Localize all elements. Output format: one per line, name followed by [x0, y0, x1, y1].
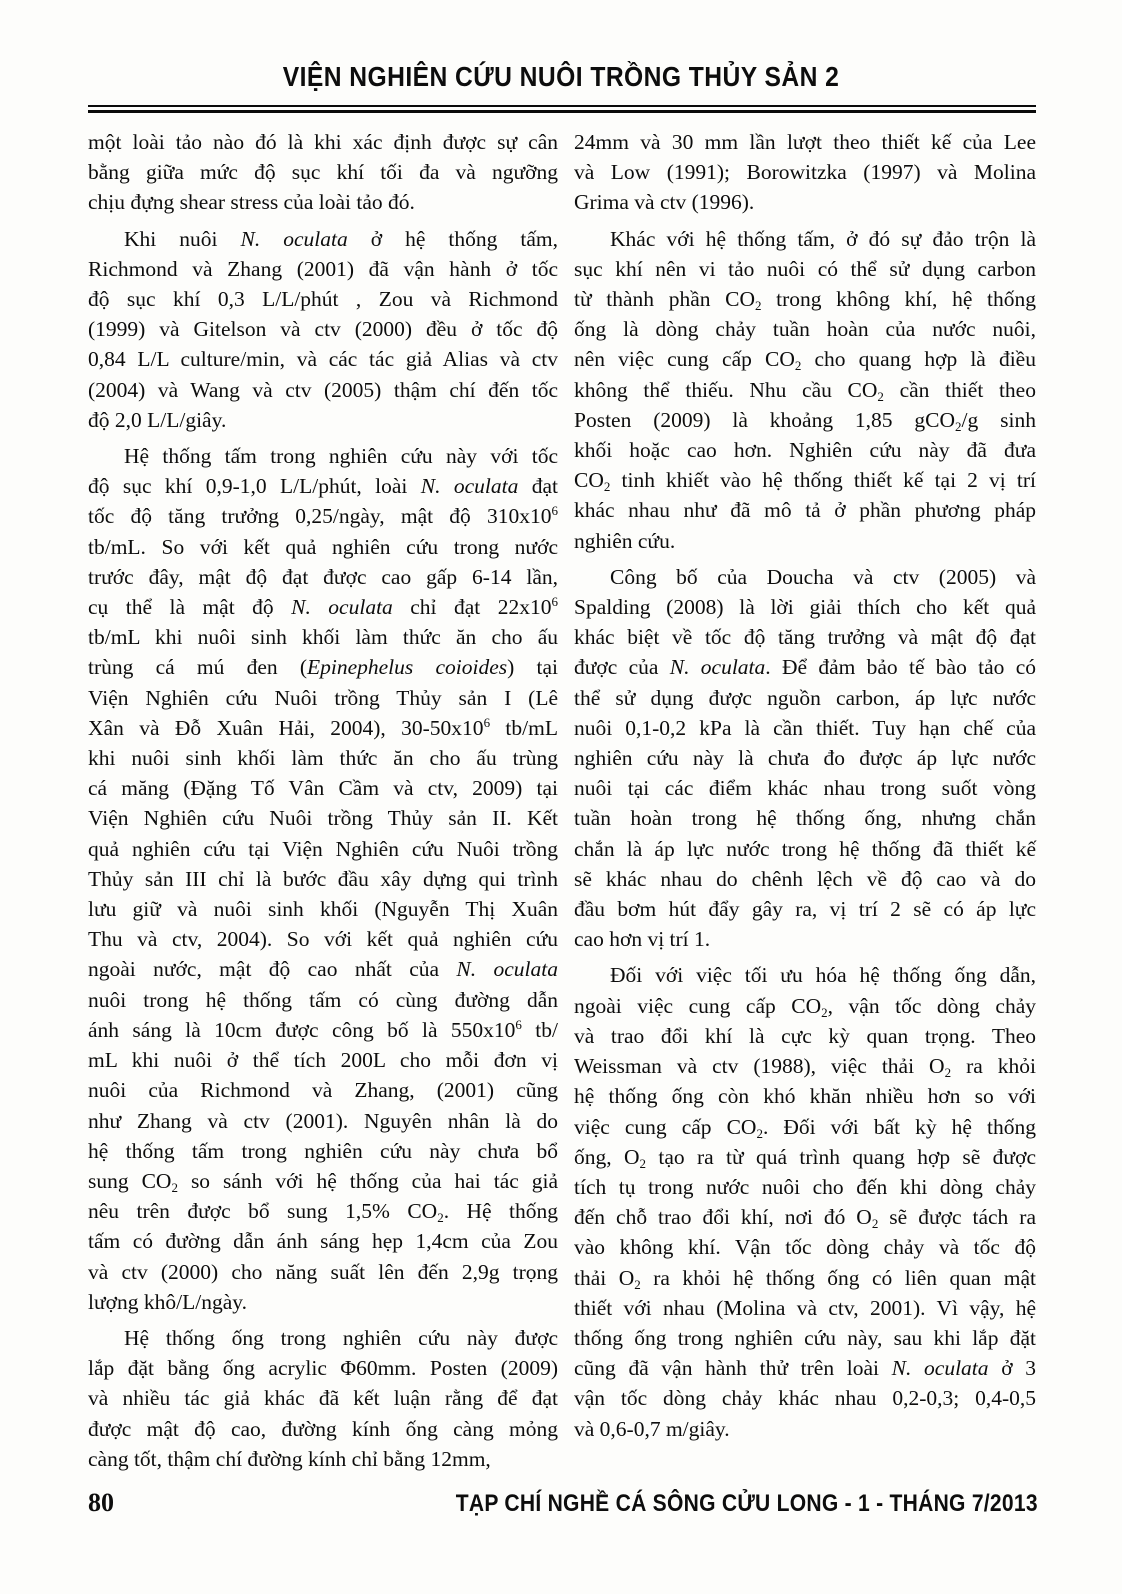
text-segment: tb/mL khi nuôi sinh khối làm thức ăn cho… [88, 625, 558, 649]
text-line: Đối với việc tối ưu hóa hệ thống ống dẫn… [574, 960, 1036, 990]
text-segment: độ 2,0 L/L/giây. [88, 408, 226, 432]
text-line: ánh sáng là 10cm được công bố là 550x106… [88, 1015, 558, 1045]
text-segment: nuôi của Richmond và Zhang, (2001) cũng [88, 1078, 558, 1102]
paragraph: Khi nuôi N. oculata ở hệ thống tấm,Richm… [88, 224, 558, 435]
text-segment: khác biệt về tốc độ tăng trưởng và mật đ… [574, 625, 1036, 649]
paragraph: Công bố của Doucha và ctv (2005) vàSpald… [574, 562, 1036, 955]
text-segment: cao hơn vị trí 1. [574, 927, 710, 951]
text-segment: tích tụ trong nước nuôi cho đến khi dòng… [574, 1175, 1036, 1199]
superscript: 6 [551, 594, 558, 609]
text-segment: Xân và Đỗ Xuân Hải, 2004), 30-50x10 [88, 716, 484, 740]
text-segment: Viện Nghiên cứu Nuôi trồng Thủy sản I (L… [88, 686, 558, 710]
text-segment: Hệ thống ống trong nghiên cứu này được [124, 1326, 558, 1350]
text-line: và Low (1991); Borowitzka (1997) và Moli… [574, 157, 1036, 187]
species-name-italic: Epinephelus coioides [307, 655, 507, 679]
text-segment: ) tại [507, 655, 558, 679]
text-segment: và Low (1991); Borowitzka (1997) và Moli… [574, 160, 1036, 184]
text-line: Khi nuôi N. oculata ở hệ thống tấm, [88, 224, 558, 254]
paragraph: 24mm và 30 mm lần lượt theo thiết kế của… [574, 127, 1036, 218]
text-line: nghiên cứu này là chưa đo được áp lực nư… [574, 743, 1036, 773]
text-segment: tb/mL [490, 716, 558, 740]
text-line: lưu giữ và nuôi sinh khối (Nguyễn Thị Xu… [88, 894, 558, 924]
text-segment: trước đây, mật độ đạt được cao gấp 6-14 … [88, 565, 558, 589]
text-segment: sẽ được tách ra [878, 1205, 1036, 1229]
text-line: nghiên cứu. [574, 526, 1036, 556]
text-segment: CO [574, 468, 604, 492]
text-line: tấm có đường dẫn ánh sáng hẹp 1,4cm của … [88, 1226, 558, 1256]
text-segment: 24mm và 30 mm lần lượt theo thiết kế của… [574, 130, 1036, 154]
paragraph: Hệ thống tấm trong nghiên cứu này với tố… [88, 441, 558, 1317]
text-line: độ 2,0 L/L/giây. [88, 405, 558, 435]
text-line: lắp đặt bằng ống acrylic Φ60mm. Posten (… [88, 1353, 558, 1383]
text-line: thiết với nhau (Molina và ctv, 2001). Vì… [574, 1293, 1036, 1323]
text-segment: đến chỗ trao đổi khí, nơi đó O [574, 1205, 872, 1229]
text-line: Xân và Đỗ Xuân Hải, 2004), 30-50x106 tb/… [88, 713, 558, 743]
text-segment: Spalding (2008) là lời giải thích cho kế… [574, 595, 1036, 619]
text-line: Grima và ctv (1996). [574, 187, 1036, 217]
text-segment: ở 3 [989, 1356, 1036, 1380]
text-segment: một loài tảo nào đó là khi xác định được… [88, 130, 558, 154]
text-line: khác nhau như đã mô tả ở phần phương phá… [574, 495, 1036, 525]
text-segment: mL khi nuôi ở thể tích 200L cho mỗi đơn … [88, 1048, 558, 1072]
text-segment: chỉ đạt 22x10 [393, 595, 552, 619]
text-segment: nên việc cung cấp CO [574, 347, 795, 371]
text-segment: hệ thống ống còn khó khăn nhiều hơn so v… [574, 1084, 1036, 1108]
text-line: tb/mL khi nuôi sinh khối làm thức ăn cho… [88, 622, 558, 652]
text-line: độ sục khí 0,9-1,0 L/L/phút, loài N. ocu… [88, 471, 558, 501]
column-right: 24mm và 30 mm lần lượt theo thiết kế của… [574, 127, 1036, 1474]
text-line: ống là dòng chảy tuần hoàn của nước nuôi… [574, 314, 1036, 344]
text-segment: trong không khí, hệ thống [762, 287, 1037, 311]
text-line: cao hơn vị trí 1. [574, 924, 1036, 954]
text-segment: và 0,6-0,7 m/giây. [574, 1417, 730, 1441]
text-line: Thu và ctv, 2004). So với kết quả nghiên… [88, 924, 558, 954]
species-name-italic: N. oculata [456, 957, 558, 981]
text-line: hệ thống tấm trong nghiên cứu này chưa b… [88, 1136, 558, 1166]
text-line: quả nghiên cứu tại Viện Nghiên cứu Nuôi … [88, 834, 558, 864]
text-segment: Công bố của Doucha và ctv (2005) và [610, 565, 1036, 589]
text-segment: nghiên cứu này là chưa đo được áp lực nư… [574, 746, 1036, 770]
text-line: khi nuôi sinh khối làm thức ăn cho ấu tr… [88, 743, 558, 773]
text-line: tích tụ trong nước nuôi cho đến khi dòng… [574, 1172, 1036, 1202]
text-segment: tuần hoàn trong hệ thống ống, nhưng chắn [574, 806, 1036, 830]
text-segment: hệ thống tấm trong nghiên cứu này chưa b… [88, 1139, 558, 1163]
text-line: nuôi trong hệ thống tấm có cùng đường dẫ… [88, 985, 558, 1015]
page-number: 80 [88, 1488, 114, 1518]
text-line: (2004) và Wang và ctv (2005) thậm chí đế… [88, 375, 558, 405]
text-line: trùng cá mú đen (Epinephelus coioides) t… [88, 652, 558, 682]
text-segment: lắp đặt bằng ống acrylic Φ60mm. Posten (… [88, 1356, 558, 1380]
text-segment: trùng cá mú đen ( [88, 655, 307, 679]
journal-title: TẠP CHÍ NGHỀ CÁ SÔNG CỬU LONG - 1 - THÁN… [456, 1490, 1038, 1518]
text-segment: thải O [574, 1266, 634, 1290]
text-segment: cho quang hợp là điều [801, 347, 1036, 371]
paragraph: một loài tảo nào đó là khi xác định được… [88, 127, 558, 218]
text-line: càng tốt, thậm chí đường kính chỉ bằng 1… [88, 1444, 558, 1474]
text-line: 0,84 L/L culture/min, và các tác giả Ali… [88, 344, 558, 374]
text-line: Viện Nghiên cứu Nuôi trồng Thủy sản I (L… [88, 683, 558, 713]
page-footer: 80 TẠP CHÍ NGHỀ CÁ SÔNG CỬU LONG - 1 - T… [88, 1488, 1038, 1518]
text-line: cá măng (Đặng Tố Vân Cầm và ctv, 2009) t… [88, 773, 558, 803]
text-line: Viện Nghiên cứu Nuôi trồng Thủy sản II. … [88, 803, 558, 833]
text-segment: nuôi 0,1-0,2 kPa là cần thiết. Tuy hạn c… [574, 716, 1036, 740]
text-segment: việc cung cấp CO [574, 1115, 756, 1139]
text-line: CO2 tinh khiết vào hệ thống thiết kế tại… [574, 465, 1036, 495]
text-segment: lượng khô/L/ngày. [88, 1290, 247, 1314]
text-line: sẽ khác nhau do chênh lệch về độ cao và … [574, 864, 1036, 894]
text-line: một loài tảo nào đó là khi xác định được… [88, 127, 558, 157]
text-line: cũng đã vận hành thử trên loài N. oculat… [574, 1353, 1036, 1383]
header-rule [88, 105, 1036, 113]
text-segment: sung CO [88, 1169, 171, 1193]
text-segment: và trao đổi khí là cực kỳ quan trọng. Th… [574, 1024, 1036, 1048]
text-line: tốc độ tăng trưởng 0,25/ngày, mật độ 310… [88, 501, 558, 531]
text-segment: lưu giữ và nuôi sinh khối (Nguyễn Thị Xu… [88, 897, 558, 921]
text-segment: thể sử dụng được nguồn carbon, áp lực nư… [574, 686, 1036, 710]
text-segment: tinh khiết vào hệ thống thiết kế tại 2 v… [610, 468, 1036, 492]
text-line: nên việc cung cấp CO2 cho quang hợp là đ… [574, 344, 1036, 374]
text-segment: cần thiết theo [884, 378, 1036, 402]
text-segment: khi nuôi sinh khối làm thức ăn cho ấu tr… [88, 746, 558, 770]
text-line: trước đây, mật độ đạt được cao gấp 6-14 … [88, 562, 558, 592]
text-line: thải O2 ra khỏi hệ thống ống có liên qua… [574, 1263, 1036, 1293]
text-segment: Posten (2009) là khoảng 1,85 gCO [574, 408, 955, 432]
journal-page: VIỆN NGHIÊN CỨU NUÔI TRỒNG THỦY SẢN 2 mộ… [0, 0, 1122, 1594]
text-line: tb/mL. So với kết quả nghiên cứu trong n… [88, 532, 558, 562]
text-segment: sẽ khác nhau do chênh lệch về độ cao và … [574, 867, 1036, 891]
text-line: và ctv (2000) cho năng suất lên đến 2,9g… [88, 1257, 558, 1287]
text-segment: Weissman và ctv (1988), việc thải O [574, 1054, 945, 1078]
text-segment: ngoài việc cung cấp CO [574, 994, 821, 1018]
text-segment: nghiên cứu. [574, 529, 675, 553]
text-line: khác biệt về tốc độ tăng trưởng và mật đ… [574, 622, 1036, 652]
text-line: việc cung cấp CO2. Đối với bất kỳ hệ thố… [574, 1112, 1036, 1142]
text-segment: tạo ra từ quá trình quang hợp sẽ được [646, 1145, 1036, 1169]
text-segment: vào không khí. Vận tốc dòng chảy và tốc … [574, 1235, 1036, 1259]
text-segment: cụ thể là mật độ [88, 595, 291, 619]
text-line: vào không khí. Vận tốc dòng chảy và tốc … [574, 1232, 1036, 1262]
text-segment: Richmond và Zhang (2001) đã vận hành ở t… [88, 257, 558, 281]
text-segment: nuôi tại các điểm khác nhau trong suốt v… [574, 776, 1036, 800]
text-segment: Khi nuôi [124, 227, 241, 251]
text-line: được mật độ cao, đường kính ống càng mỏn… [88, 1414, 558, 1444]
text-line: tuần hoàn trong hệ thống ống, nhưng chắn [574, 803, 1036, 833]
text-line: sung CO2 so sánh với hệ thống của hai tá… [88, 1166, 558, 1196]
text-segment: ống, O [574, 1145, 640, 1169]
text-line: và trao đổi khí là cực kỳ quan trọng. Th… [574, 1021, 1036, 1051]
species-name-italic: N. oculata [291, 595, 393, 619]
species-name-italic: N. oculata [670, 655, 766, 679]
text-segment: . Đối với bất kỳ hệ thống [763, 1115, 1036, 1139]
text-segment: được của [574, 655, 670, 679]
paragraph: Đối với việc tối ưu hóa hệ thống ống dẫn… [574, 960, 1036, 1443]
text-segment: Hệ thống tấm trong nghiên cứu này với tố… [124, 444, 558, 468]
text-segment: được mật độ cao, đường kính ống càng mỏn… [88, 1417, 558, 1441]
text-segment: Grima và ctv (1996). [574, 190, 754, 214]
text-segment: bằng giữa mức độ sục khí tối đa và ngưỡn… [88, 160, 558, 184]
text-line: hệ thống ống còn khó khăn nhiều hơn so v… [574, 1081, 1036, 1111]
text-line: Weissman và ctv (1988), việc thải O2 ra … [574, 1051, 1036, 1081]
text-segment: chịu đựng shear stress của loài tảo đó. [88, 190, 415, 214]
text-segment: đầu bơm hút đẩy gây ra, vị trí 2 sẽ có á… [574, 897, 1036, 921]
text-segment: vận tốc dòng chảy khác nhau 0,2-0,3; 0,4… [574, 1386, 1036, 1410]
text-segment: /g sinh [962, 408, 1036, 432]
text-segment: , vận tốc dòng chảy [828, 994, 1036, 1018]
text-segment: khối hoặc cao hơn. Nghiên cứu này đã đưa [574, 438, 1036, 462]
text-segment: từ thành phần CO [574, 287, 755, 311]
text-segment: và nhiều tác giả khác đã kết luận rằng đ… [88, 1386, 558, 1410]
text-line: thể sử dụng được nguồn carbon, áp lực nư… [574, 683, 1036, 713]
text-segment: ống là dòng chảy tuần hoàn của nước nuôi… [574, 317, 1036, 341]
text-segment: ở hệ thống tấm, [348, 227, 558, 251]
text-segment: cũng đã vận hành thử trên loài [574, 1356, 892, 1380]
text-segment: chắn là áp lực nước trong hệ thống đã th… [574, 837, 1036, 861]
text-segment: và ctv (2000) cho năng suất lên đến 2,9g… [88, 1260, 558, 1284]
text-line: thống ống trong nghiên cứu này, sau khi … [574, 1323, 1036, 1353]
text-line: như Zhang và ctv (2001). Nguyên nhân là … [88, 1106, 558, 1136]
text-line: Khác với hệ thống tấm, ở đó sự đảo trộn … [574, 224, 1036, 254]
text-segment: độ sục khí 0,9-1,0 L/L/phút, loài [88, 474, 421, 498]
text-segment: như Zhang và ctv (2001). Nguyên nhân là … [88, 1109, 558, 1133]
text-segment: . Hệ thống [444, 1199, 558, 1223]
text-line: ngoài việc cung cấp CO2, vận tốc dòng ch… [574, 991, 1036, 1021]
text-line: lượng khô/L/ngày. [88, 1287, 558, 1317]
text-segment: khác nhau như đã mô tả ở phần phương phá… [574, 498, 1036, 522]
text-line: Spalding (2008) là lời giải thích cho kế… [574, 592, 1036, 622]
text-segment: Thủy sản III chỉ là bước đầu xây dựng qu… [88, 867, 558, 891]
text-line: chịu đựng shear stress của loài tảo đó. [88, 187, 558, 217]
text-line: đến chỗ trao đổi khí, nơi đó O2 sẽ được … [574, 1202, 1036, 1232]
text-segment: thiết với nhau (Molina và ctv, 2001). Vì… [574, 1296, 1036, 1320]
text-line: Công bố của Doucha và ctv (2005) và [574, 562, 1036, 592]
text-segment: đạt [518, 474, 558, 498]
text-line: nêu trên được bổ sung 1,5% CO2. Hệ thống [88, 1196, 558, 1226]
text-segment: 0,84 L/L culture/min, và các tác giả Ali… [88, 347, 558, 371]
text-line: sục khí nên vi tảo nuôi có thể sử dụng c… [574, 254, 1036, 284]
text-segment: không thể thiếu. Nhu cầu CO [574, 378, 877, 402]
text-line: (1999) và Gitelson và ctv (2000) đều ở t… [88, 314, 558, 344]
text-segment: ánh sáng là 10cm được công bố là 550x10 [88, 1018, 515, 1042]
text-segment: Thu và ctv, 2004). So với kết quả nghiên… [88, 927, 558, 951]
paragraph: Hệ thống ống trong nghiên cứu này đượclắ… [88, 1323, 558, 1474]
text-segment: Đối với việc tối ưu hóa hệ thống ống dẫn… [610, 963, 1036, 987]
column-left: một loài tảo nào đó là khi xác định được… [88, 127, 558, 1474]
text-line: Richmond và Zhang (2001) đã vận hành ở t… [88, 254, 558, 284]
text-segment: độ sục khí 0,3 L/L/phút , Zou và Richmon… [88, 287, 558, 311]
text-line: ống, O2 tạo ra từ quá trình quang hợp sẽ… [574, 1142, 1036, 1172]
text-line: chắn là áp lực nước trong hệ thống đã th… [574, 834, 1036, 864]
text-line: độ sục khí 0,3 L/L/phút , Zou và Richmon… [88, 284, 558, 314]
text-segment: ra khỏi hệ thống ống có liên quan mật [641, 1266, 1036, 1290]
text-segment: (2004) và Wang và ctv (2005) thậm chí đế… [88, 378, 558, 402]
page-title: VIỆN NGHIÊN CỨU NUÔI TRỒNG THỦY SẢN 2 [67, 60, 1054, 94]
species-name-italic: N. oculata [892, 1356, 989, 1380]
text-line: Hệ thống tấm trong nghiên cứu này với tố… [88, 441, 558, 471]
text-line: Thủy sản III chỉ là bước đầu xây dựng qu… [88, 864, 558, 894]
paragraph: Khác với hệ thống tấm, ở đó sự đảo trộn … [574, 224, 1036, 556]
text-line: từ thành phần CO2 trong không khí, hệ th… [574, 284, 1036, 314]
text-line: Hệ thống ống trong nghiên cứu này được [88, 1323, 558, 1353]
text-segment: cá măng (Đặng Tố Vân Cầm và ctv, 2009) t… [88, 776, 558, 800]
text-line: nuôi của Richmond và Zhang, (2001) cũng [88, 1075, 558, 1105]
text-segment: nêu trên được bổ sung 1,5% CO [88, 1199, 437, 1223]
species-name-italic: N. oculata [421, 474, 519, 498]
text-segment: (1999) và Gitelson và ctv (2000) đều ở t… [88, 317, 558, 341]
text-segment: Viện Nghiên cứu Nuôi trồng Thủy sản II. … [88, 806, 558, 830]
text-segment: quả nghiên cứu tại Viện Nghiên cứu Nuôi … [88, 837, 558, 861]
text-line: cụ thể là mật độ N. oculata chỉ đạt 22x1… [88, 592, 558, 622]
text-segment: . Để đảm bảo tế bào tảo có [765, 655, 1036, 679]
text-segment: Khác với hệ thống tấm, ở đó sự đảo trộn … [610, 227, 1036, 251]
text-segment: nuôi trong hệ thống tấm có cùng đường dẫ… [88, 988, 558, 1012]
species-name-italic: N. oculata [241, 227, 348, 251]
text-line: nuôi 0,1-0,2 kPa là cần thiết. Tuy hạn c… [574, 713, 1036, 743]
text-line: nuôi tại các điểm khác nhau trong suốt v… [574, 773, 1036, 803]
text-segment: thống ống trong nghiên cứu này, sau khi … [574, 1326, 1036, 1350]
text-segment: càng tốt, thậm chí đường kính chỉ bằng 1… [88, 1447, 491, 1471]
text-line: mL khi nuôi ở thể tích 200L cho mỗi đơn … [88, 1045, 558, 1075]
text-line: không thể thiếu. Nhu cầu CO2 cần thiết t… [574, 375, 1036, 405]
body-text: một loài tảo nào đó là khi xác định được… [88, 127, 1036, 1474]
text-line: ngoài nước, mật độ cao nhất của N. ocula… [88, 954, 558, 984]
text-segment: ngoài nước, mật độ cao nhất của [88, 957, 456, 981]
text-line: bằng giữa mức độ sục khí tối đa và ngưỡn… [88, 157, 558, 187]
text-line: khối hoặc cao hơn. Nghiên cứu này đã đưa [574, 435, 1036, 465]
text-segment: tốc độ tăng trưởng 0,25/ngày, mật độ 310… [88, 504, 552, 528]
text-line: và nhiều tác giả khác đã kết luận rằng đ… [88, 1383, 558, 1413]
text-segment: so sánh với hệ thống của hai tác giả [178, 1169, 558, 1193]
text-line: đầu bơm hút đẩy gây ra, vị trí 2 sẽ có á… [574, 894, 1036, 924]
text-segment: sục khí nên vi tảo nuôi có thể sử dụng c… [574, 257, 1036, 281]
text-line: 24mm và 30 mm lần lượt theo thiết kế của… [574, 127, 1036, 157]
text-segment: tb/ [522, 1018, 558, 1042]
text-line: vận tốc dòng chảy khác nhau 0,2-0,3; 0,4… [574, 1383, 1036, 1413]
text-segment: ra khỏi [951, 1054, 1036, 1078]
text-line: Posten (2009) là khoảng 1,85 gCO2/g sinh [574, 405, 1036, 435]
superscript: 6 [552, 503, 559, 518]
text-segment: tb/mL. So với kết quả nghiên cứu trong n… [88, 535, 558, 559]
text-line: và 0,6-0,7 m/giây. [574, 1414, 1036, 1444]
text-segment: tấm có đường dẫn ánh sáng hẹp 1,4cm của … [88, 1229, 558, 1253]
text-line: được của N. oculata. Để đảm bảo tế bào t… [574, 652, 1036, 682]
